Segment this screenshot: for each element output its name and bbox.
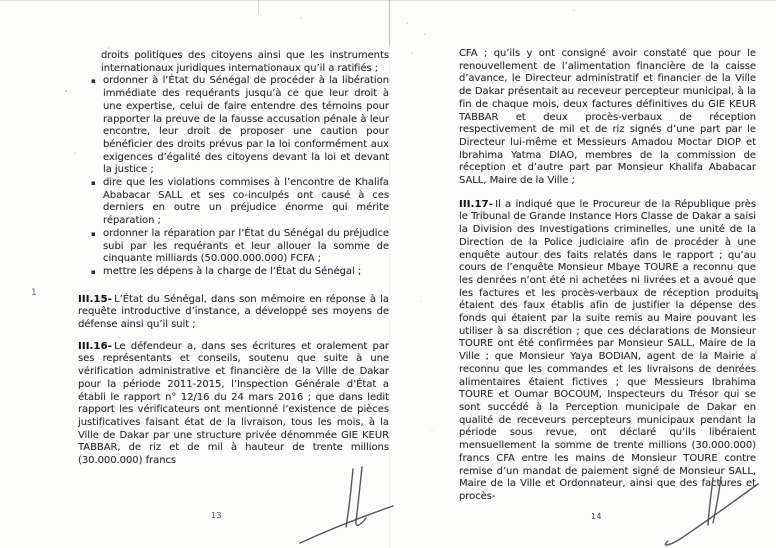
page-number-right: 14 (591, 512, 602, 521)
bullet-item-text: mettre les dépens à la charge de l’État … (103, 266, 361, 277)
bullet-icon: ▪ (91, 266, 96, 279)
bullet-item: ▪ mettre les dépens à la charge de l’Éta… (78, 266, 389, 279)
bullet-item-text: ordonner la réparation par l’État du Sén… (103, 228, 389, 264)
handwritten-initials-right (658, 477, 763, 548)
bullet-item: ▪ dire que les violations commises à l’e… (78, 177, 389, 228)
section-label: III.15- (78, 294, 112, 305)
scan-fold-line (389, 0, 390, 46)
section-text: Il a indiqué que le Procureur de la Répu… (459, 199, 756, 502)
section-iii-16: III.16-Le défendeur a, dans ses écriture… (78, 341, 389, 468)
bullet-item: ▪ ordonner la réparation par l’État du S… (78, 228, 389, 266)
page-number-left: 13 (211, 511, 222, 520)
bullet-icon: ▪ (91, 75, 96, 88)
claims-bullet-list: ▪ ordonner à l’État du Sénégal de procéd… (78, 75, 389, 278)
scan-noise (0, 0, 2, 2)
bullet-item-text: ordonner à l’État du Sénégal de procéder… (103, 75, 389, 175)
continuation-paragraph: droits politiques des citoyens ainsi que… (101, 50, 389, 75)
bullet-item: ▪ ordonner à l’État du Sénégal de procéd… (78, 75, 389, 177)
bullet-icon: ▪ (91, 228, 96, 241)
section-text: CFA ; qu’ils y ont consigné avoir consta… (459, 48, 756, 186)
scan-crease-mark (258, 0, 259, 14)
section-iii-17: III.17-Il a indiqué que le Procureur de … (459, 199, 756, 504)
section-text: L’État du Sénégal, dans son mémoire en r… (78, 294, 389, 330)
right-page-text-column: CFA ; qu’ils y ont consigné avoir consta… (459, 48, 756, 504)
section-iii-16-continuation: CFA ; qu’ils y ont consigné avoir consta… (459, 48, 756, 188)
section-text: Le défendeur a, dans ses écritures et or… (78, 341, 389, 466)
section-label: III.17- (459, 199, 493, 210)
section-iii-15: III.15-L’État du Sénégal, dans son mémoi… (78, 294, 389, 332)
margin-mark-right (756, 292, 758, 299)
section-label: III.16- (78, 341, 112, 352)
bullet-item-text: dire que les violations commises à l’enc… (103, 177, 389, 226)
margin-mark-left: 1 (31, 288, 37, 298)
handwritten-initials-left (296, 466, 396, 546)
bullet-icon: ▪ (91, 177, 96, 190)
scan-top-edge (0, 0, 776, 1)
left-page-text-column: droits politiques des citoyens ainsi que… (78, 50, 389, 468)
